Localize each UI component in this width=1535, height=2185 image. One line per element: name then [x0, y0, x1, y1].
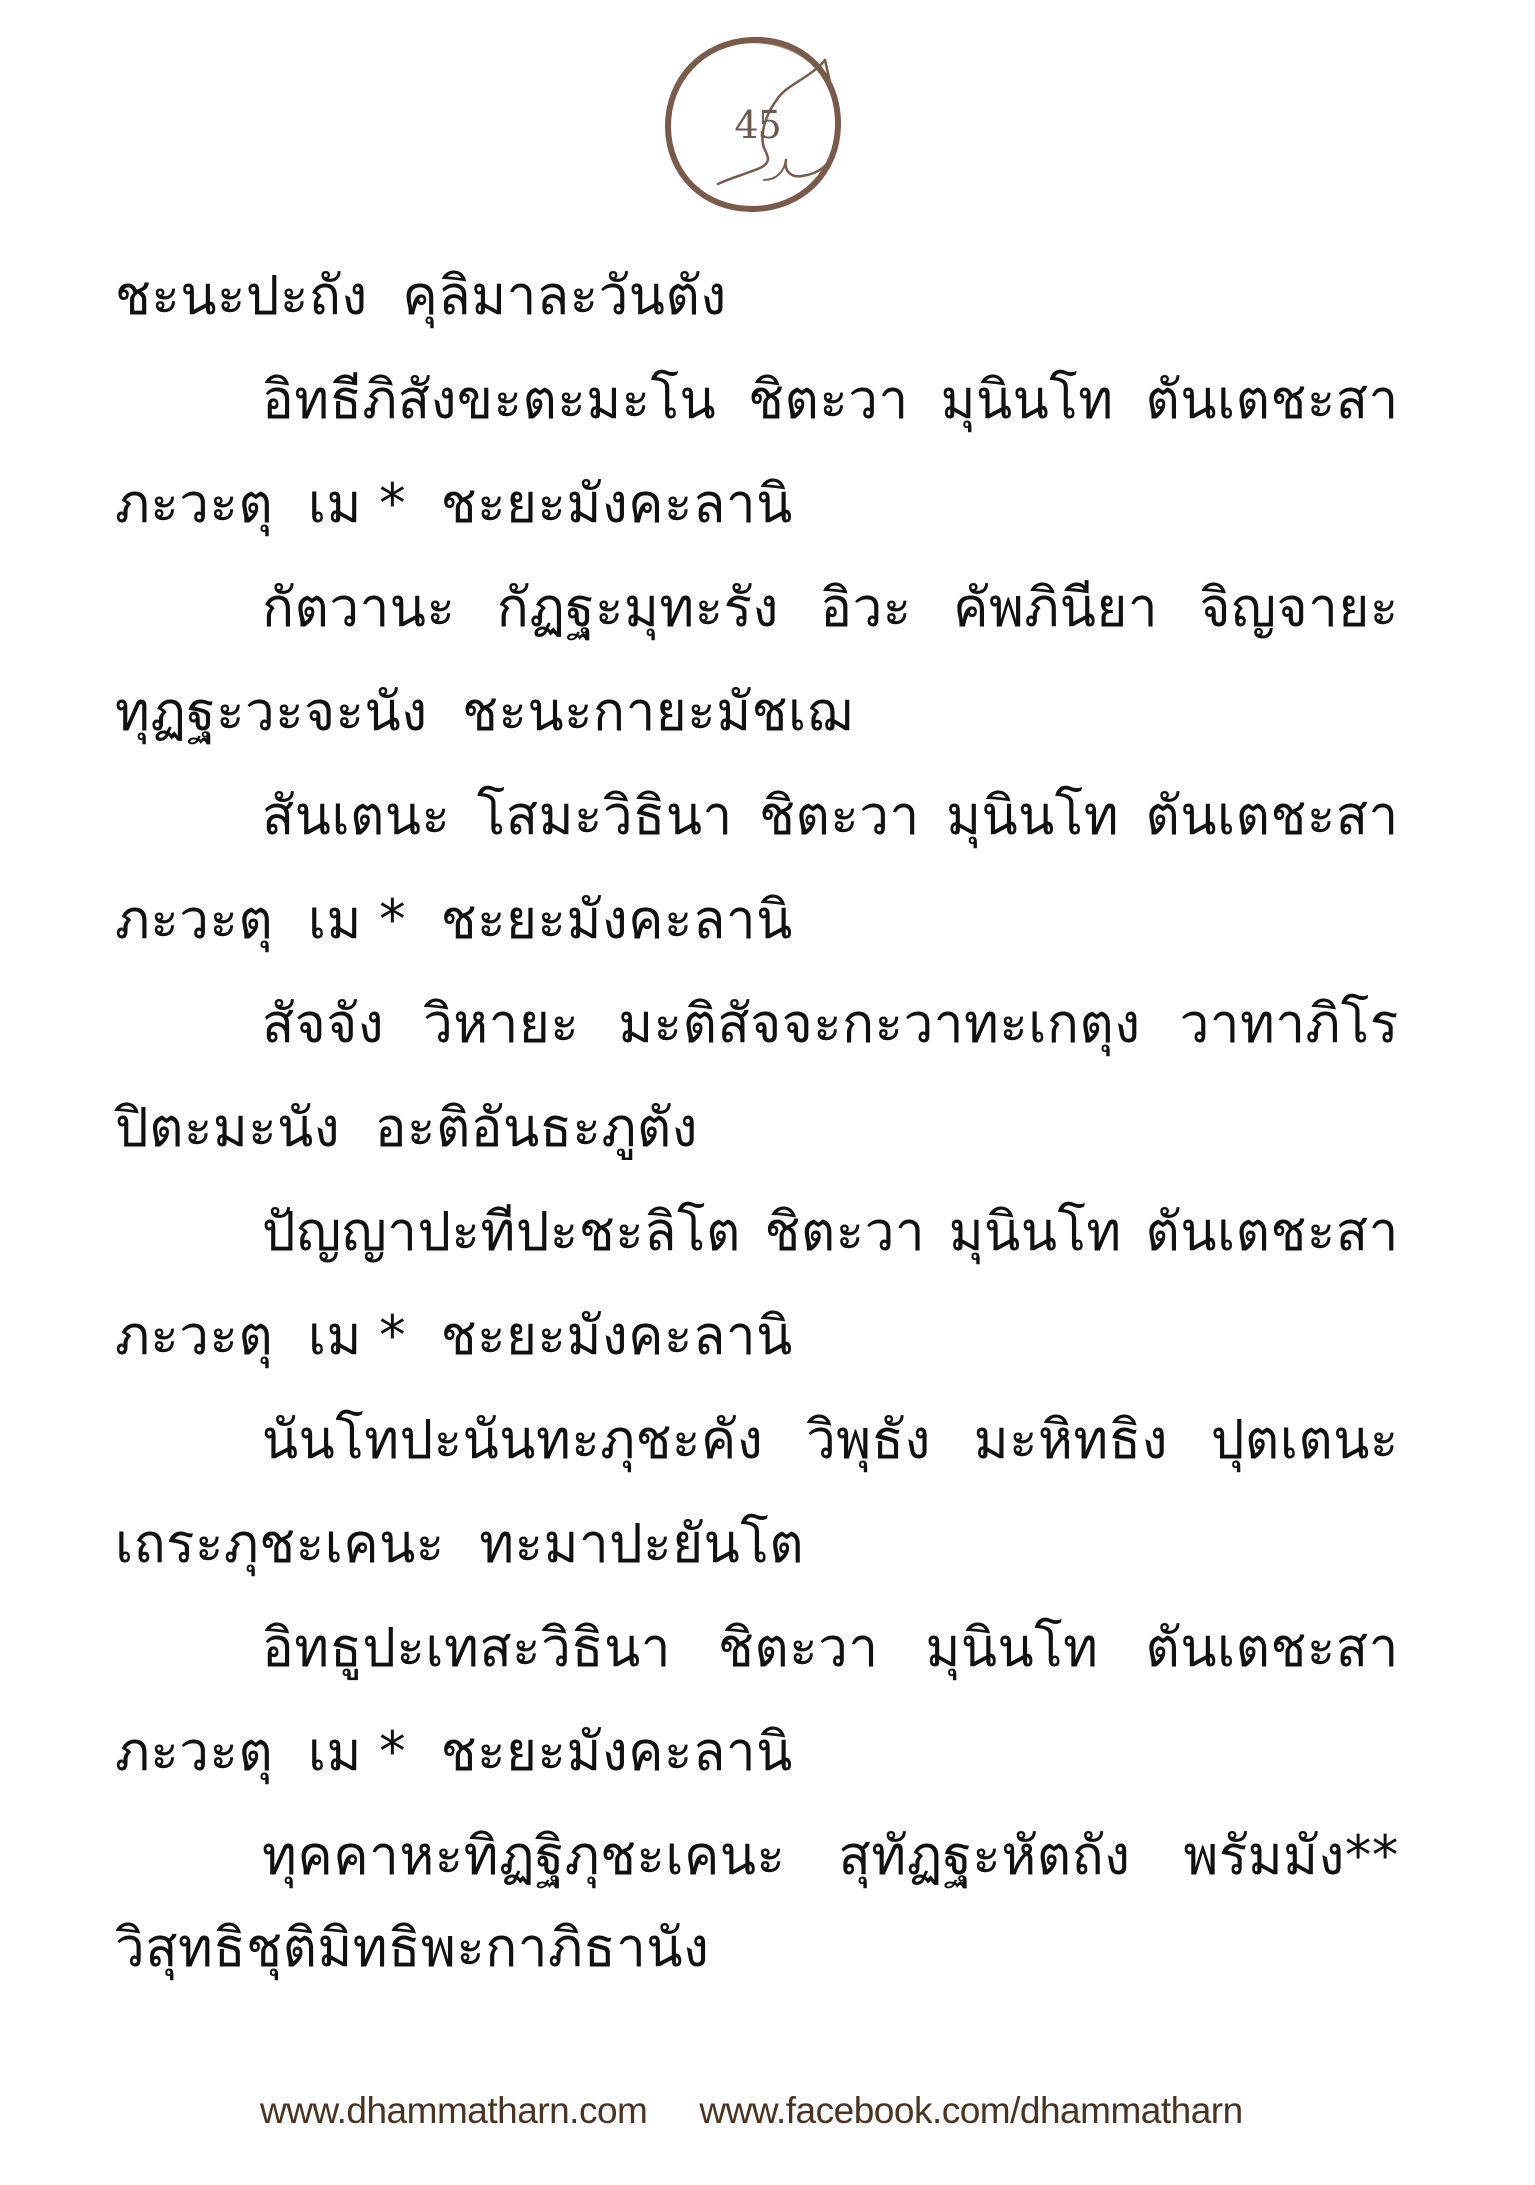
verse-text: ภะวะตุ เม * ชะยะมังคะลานิ: [115, 868, 793, 972]
verse-word: ตันเตชะสา: [1146, 1180, 1399, 1284]
verse-word: อิทธีภิสังขะตะมะโน: [262, 348, 716, 452]
verse-line-indented: นันโทปะนันทะภุชะคังวิพุธังมะหิทธิงปุตเตน…: [115, 1388, 1399, 1492]
verse-word: วิพุธัง: [806, 1388, 931, 1492]
verse-text: ปิตะมะนัง อะติอันธะภูตัง: [115, 1076, 698, 1180]
verse-line-indented: อิทธูปะเทสะวิธินาชิตะวามุนินโทตันเตชะสา: [115, 1596, 1399, 1700]
verse-text: ทุฏฐะวะจะนัง ชะนะกายะมัชเฌ: [115, 660, 852, 764]
verse-line-indented: สัจจังวิหายะมะติสัจจะกะวาทะเกตุงวาทาภิโร: [115, 972, 1399, 1076]
page-number: 45: [660, 32, 845, 217]
verse-word: คัพภินียา: [953, 556, 1158, 660]
verse-word: มุนินโท: [946, 764, 1119, 868]
verse-word: ตันเตชะสา: [1145, 764, 1398, 868]
verse-line-indented: ปัญญาปะทีปะชะลิโตชิตะวามุนินโทตันเตชะสา: [115, 1180, 1399, 1284]
verse-word: ทุคคาหะทิฏฐิภุชะเคนะ: [262, 1804, 785, 1908]
verse-word: ตันเตชะสา: [1146, 1596, 1399, 1700]
verse-line-indented: ทุคคาหะทิฏฐิภุชะเคนะสุทัฏฐะหัตถังพรัมมัง…: [115, 1804, 1399, 1908]
verse-word: กัฏฐะมุทะรัง: [497, 556, 779, 660]
verse-word: สัจจัง: [262, 972, 384, 1076]
verse-line-indented: กัตวานะกัฏฐะมุทะรังอิวะคัพภินียาจิญจายะ: [115, 556, 1399, 660]
verse-word: นันโทปะนันทะภุชะคัง: [262, 1388, 763, 1492]
verse-word: ชิตะวา: [759, 764, 920, 868]
verse-word: มุนินโท: [941, 348, 1114, 452]
verse-line-continuation: ภะวะตุ เม * ชะยะมังคะลานิ: [115, 1284, 1399, 1388]
verse-word: พรัมมัง**: [1184, 1804, 1399, 1908]
footer: www.dhammatharn.com www.facebook.com/dha…: [260, 2090, 1280, 2132]
verse-line-continuation: ทุฏฐะวะจะนัง ชะนะกายะมัชเฌ: [115, 660, 1399, 764]
verse-word: วาทาภิโร: [1180, 972, 1399, 1076]
verse-line-continuation: วิสุทธิชุติมิทธิพะกาภิธานัง: [115, 1908, 1399, 1988]
verse-word: อิทธูปะเทสะวิธินา: [262, 1596, 671, 1700]
verse-line-continuation: ชะนะปะถัง คุลิมาละวันตัง: [115, 244, 1399, 348]
verse-text: ภะวะตุ เม * ชะยะมังคะลานิ: [115, 1700, 793, 1804]
verse-word: มุนินโท: [926, 1596, 1099, 1700]
verse-word: ชิตะวา: [748, 348, 909, 452]
verse-word: ชิตะวา: [765, 1180, 926, 1284]
verse-word: โสมะวิธินา: [477, 764, 733, 868]
verse-word: ปุตเตนะ: [1211, 1388, 1399, 1492]
verse-word: กัตวานะ: [262, 556, 455, 660]
verse-word: อิวะ: [820, 556, 911, 660]
verse-body: ชะนะปะถัง คุลิมาละวันตังอิทธีภิสังขะตะมะ…: [115, 244, 1425, 1988]
verse-word: มุนินโท: [949, 1180, 1122, 1284]
verse-word: ชิตะวา: [718, 1596, 879, 1700]
verse-text: เถระภุชะเคนะ ทะมาปะยันโต: [115, 1492, 804, 1596]
website-link[interactable]: www.dhammatharn.com: [260, 2090, 647, 2132]
verse-line-continuation: เถระภุชะเคนะ ทะมาปะยันโต: [115, 1492, 1399, 1596]
verse-text: ภะวะตุ เม * ชะยะมังคะลานิ: [115, 1284, 793, 1388]
verse-word: จิญจายะ: [1200, 556, 1399, 660]
verse-text: ชะนะปะถัง คุลิมาละวันตัง: [115, 244, 727, 348]
verse-text: วิสุทธิชุติมิทธิพะกาภิธานัง: [115, 1908, 709, 1988]
verse-text: ภะวะตุ เม * ชะยะมังคะลานิ: [115, 452, 793, 556]
verse-word: มะหิทธิง: [974, 1388, 1168, 1492]
verse-word: สุทัฏฐะหัตถัง: [839, 1804, 1131, 1908]
verse-line-continuation: ภะวะตุ เม * ชะยะมังคะลานิ: [115, 868, 1399, 972]
verse-line-continuation: ภะวะตุ เม * ชะยะมังคะลานิ: [115, 452, 1399, 556]
verse-line-continuation: ภะวะตุ เม * ชะยะมังคะลานิ: [115, 1700, 1399, 1804]
verse-line-indented: สันเตนะโสมะวิธินาชิตะวามุนินโทตันเตชะสา: [115, 764, 1399, 868]
verse-word: มะติสัจจะกะวาทะเกตุง: [618, 972, 1140, 1076]
verse-word: สันเตนะ: [262, 764, 450, 868]
verse-line-indented: อิทธีภิสังขะตะมะโนชิตะวามุนินโทตันเตชะสา: [115, 348, 1399, 452]
verse-word: ตันเตชะสา: [1145, 348, 1398, 452]
page-number-badge: 45: [660, 32, 845, 217]
verse-word: ปัญญาปะทีปะชะลิโต: [262, 1180, 741, 1284]
verse-line-continuation: ปิตะมะนัง อะติอันธะภูตัง: [115, 1076, 1399, 1180]
verse-word: วิหายะ: [423, 972, 579, 1076]
facebook-link[interactable]: www.facebook.com/dhammatharn: [699, 2090, 1242, 2132]
